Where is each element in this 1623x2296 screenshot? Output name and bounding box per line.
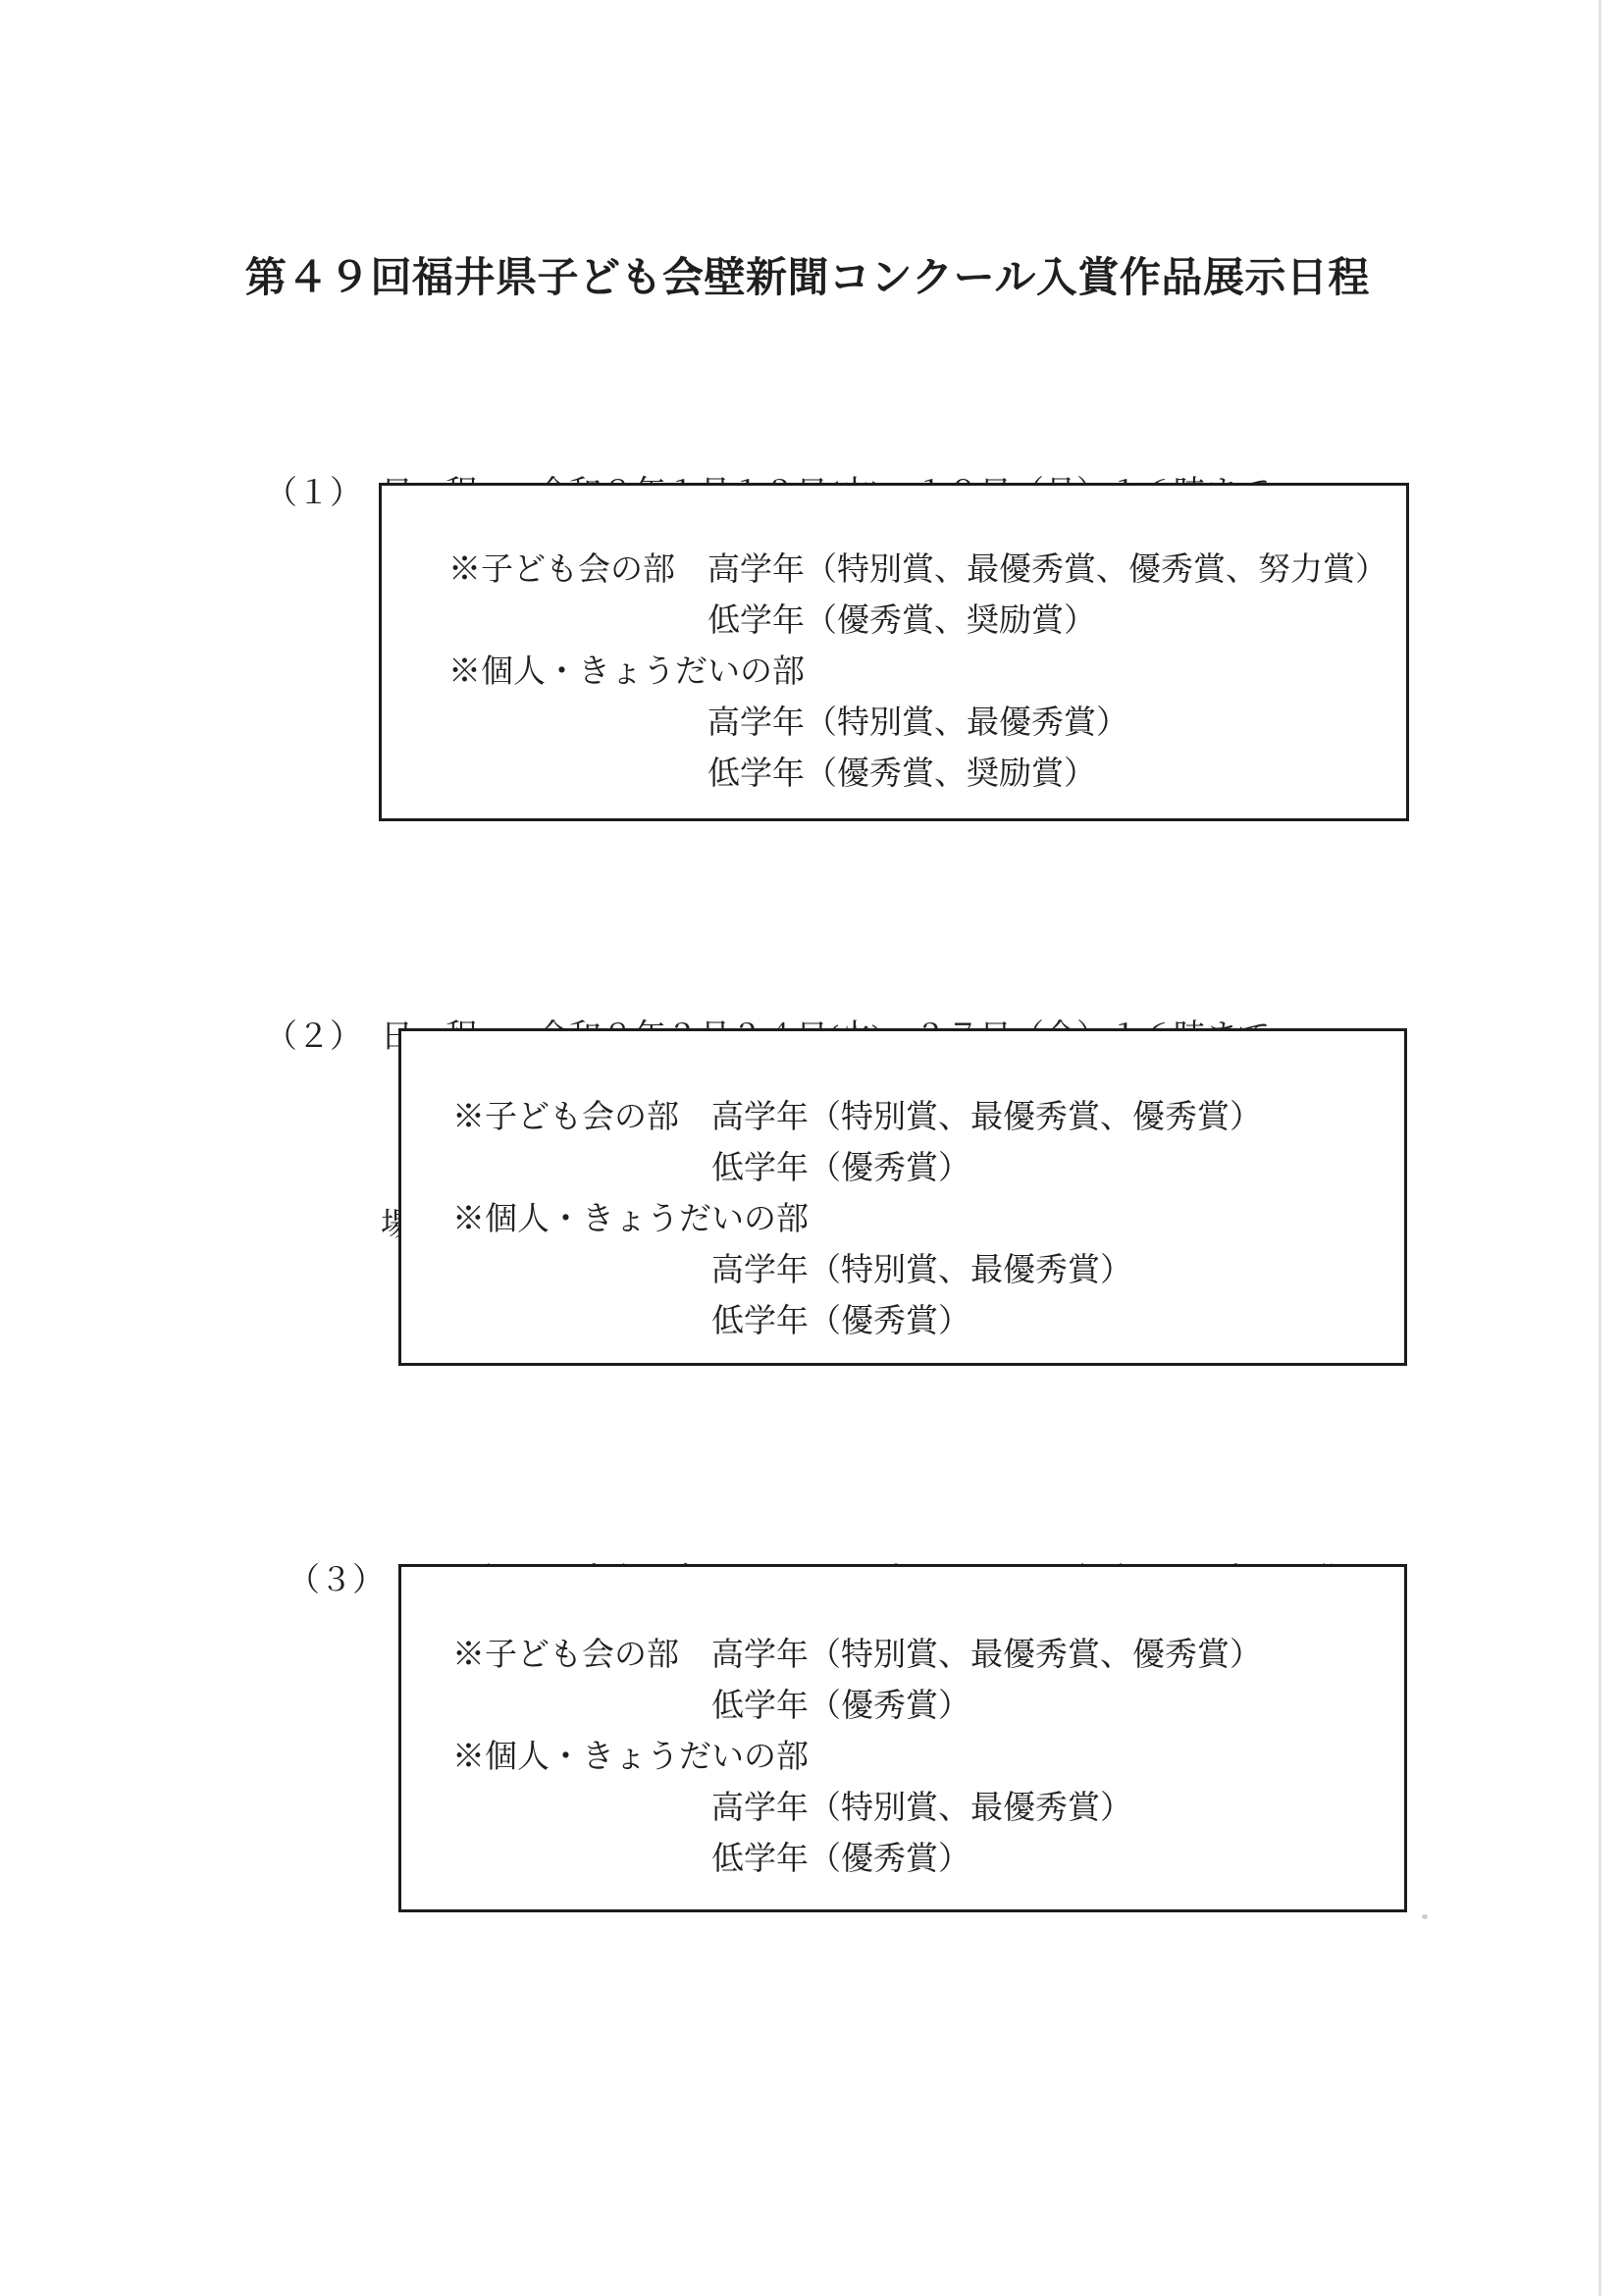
award-line: ※個人・きょうだいの部: [452, 1732, 1394, 1783]
award-line: 低学年（優秀賞）: [452, 1681, 1394, 1732]
award-line: 高学年（特別賞、最優秀賞）: [448, 698, 1396, 749]
scan-edge-artifact: [1598, 0, 1601, 2296]
section-number-spacer: [265, 1194, 381, 1257]
section-number: （２）: [265, 1006, 381, 1069]
award-line: 低学年（優秀賞、奨励賞）: [448, 596, 1396, 647]
award-line: ※子ども会の部 高学年（特別賞、最優秀賞、優秀賞、努力賞）: [448, 545, 1396, 596]
section-number-spacer: [265, 651, 381, 713]
award-line: ※子ども会の部 高学年（特別賞、最優秀賞、優秀賞）: [452, 1630, 1394, 1681]
section-number: （１）: [265, 462, 381, 525]
award-line: 高学年（特別賞、最優秀賞）: [452, 1783, 1394, 1834]
award-line: 低学年（優秀賞、奨励賞）: [448, 749, 1396, 800]
section-2-awards-box: ※子ども会の部 高学年（特別賞、最優秀賞、優秀賞） 低学年（優秀賞） ※個人・き…: [398, 1028, 1407, 1366]
award-line: ※子ども会の部 高学年（特別賞、最優秀賞、優秀賞）: [452, 1092, 1394, 1143]
award-line: 高学年（特別賞、最優秀賞）: [452, 1245, 1394, 1296]
document-title: 第４９回福井県子ども会壁新聞コンクール入賞作品展示日程: [245, 245, 1370, 304]
award-line: 低学年（優秀賞）: [452, 1296, 1394, 1347]
section-number-spacer: [288, 1738, 413, 1800]
section-number: （３）: [288, 1549, 413, 1612]
award-line: 低学年（優秀賞）: [452, 1143, 1394, 1194]
award-line: 低学年（優秀賞）: [452, 1834, 1394, 1885]
scanned-document-page: 第４９回福井県子ども会壁新聞コンクール入賞作品展示日程 （１） 日 程 令和８年…: [0, 0, 1623, 2296]
award-line: ※個人・きょうだいの部: [452, 1194, 1394, 1245]
award-line: ※個人・きょうだいの部: [448, 647, 1396, 698]
scan-speck-artifact: [1422, 1914, 1428, 1919]
section-3-awards-box: ※子ども会の部 高学年（特別賞、最優秀賞、優秀賞） 低学年（優秀賞） ※個人・き…: [398, 1564, 1407, 1912]
section-1-awards-box: ※子ども会の部 高学年（特別賞、最優秀賞、優秀賞、努力賞） 低学年（優秀賞、奨励…: [379, 483, 1409, 821]
